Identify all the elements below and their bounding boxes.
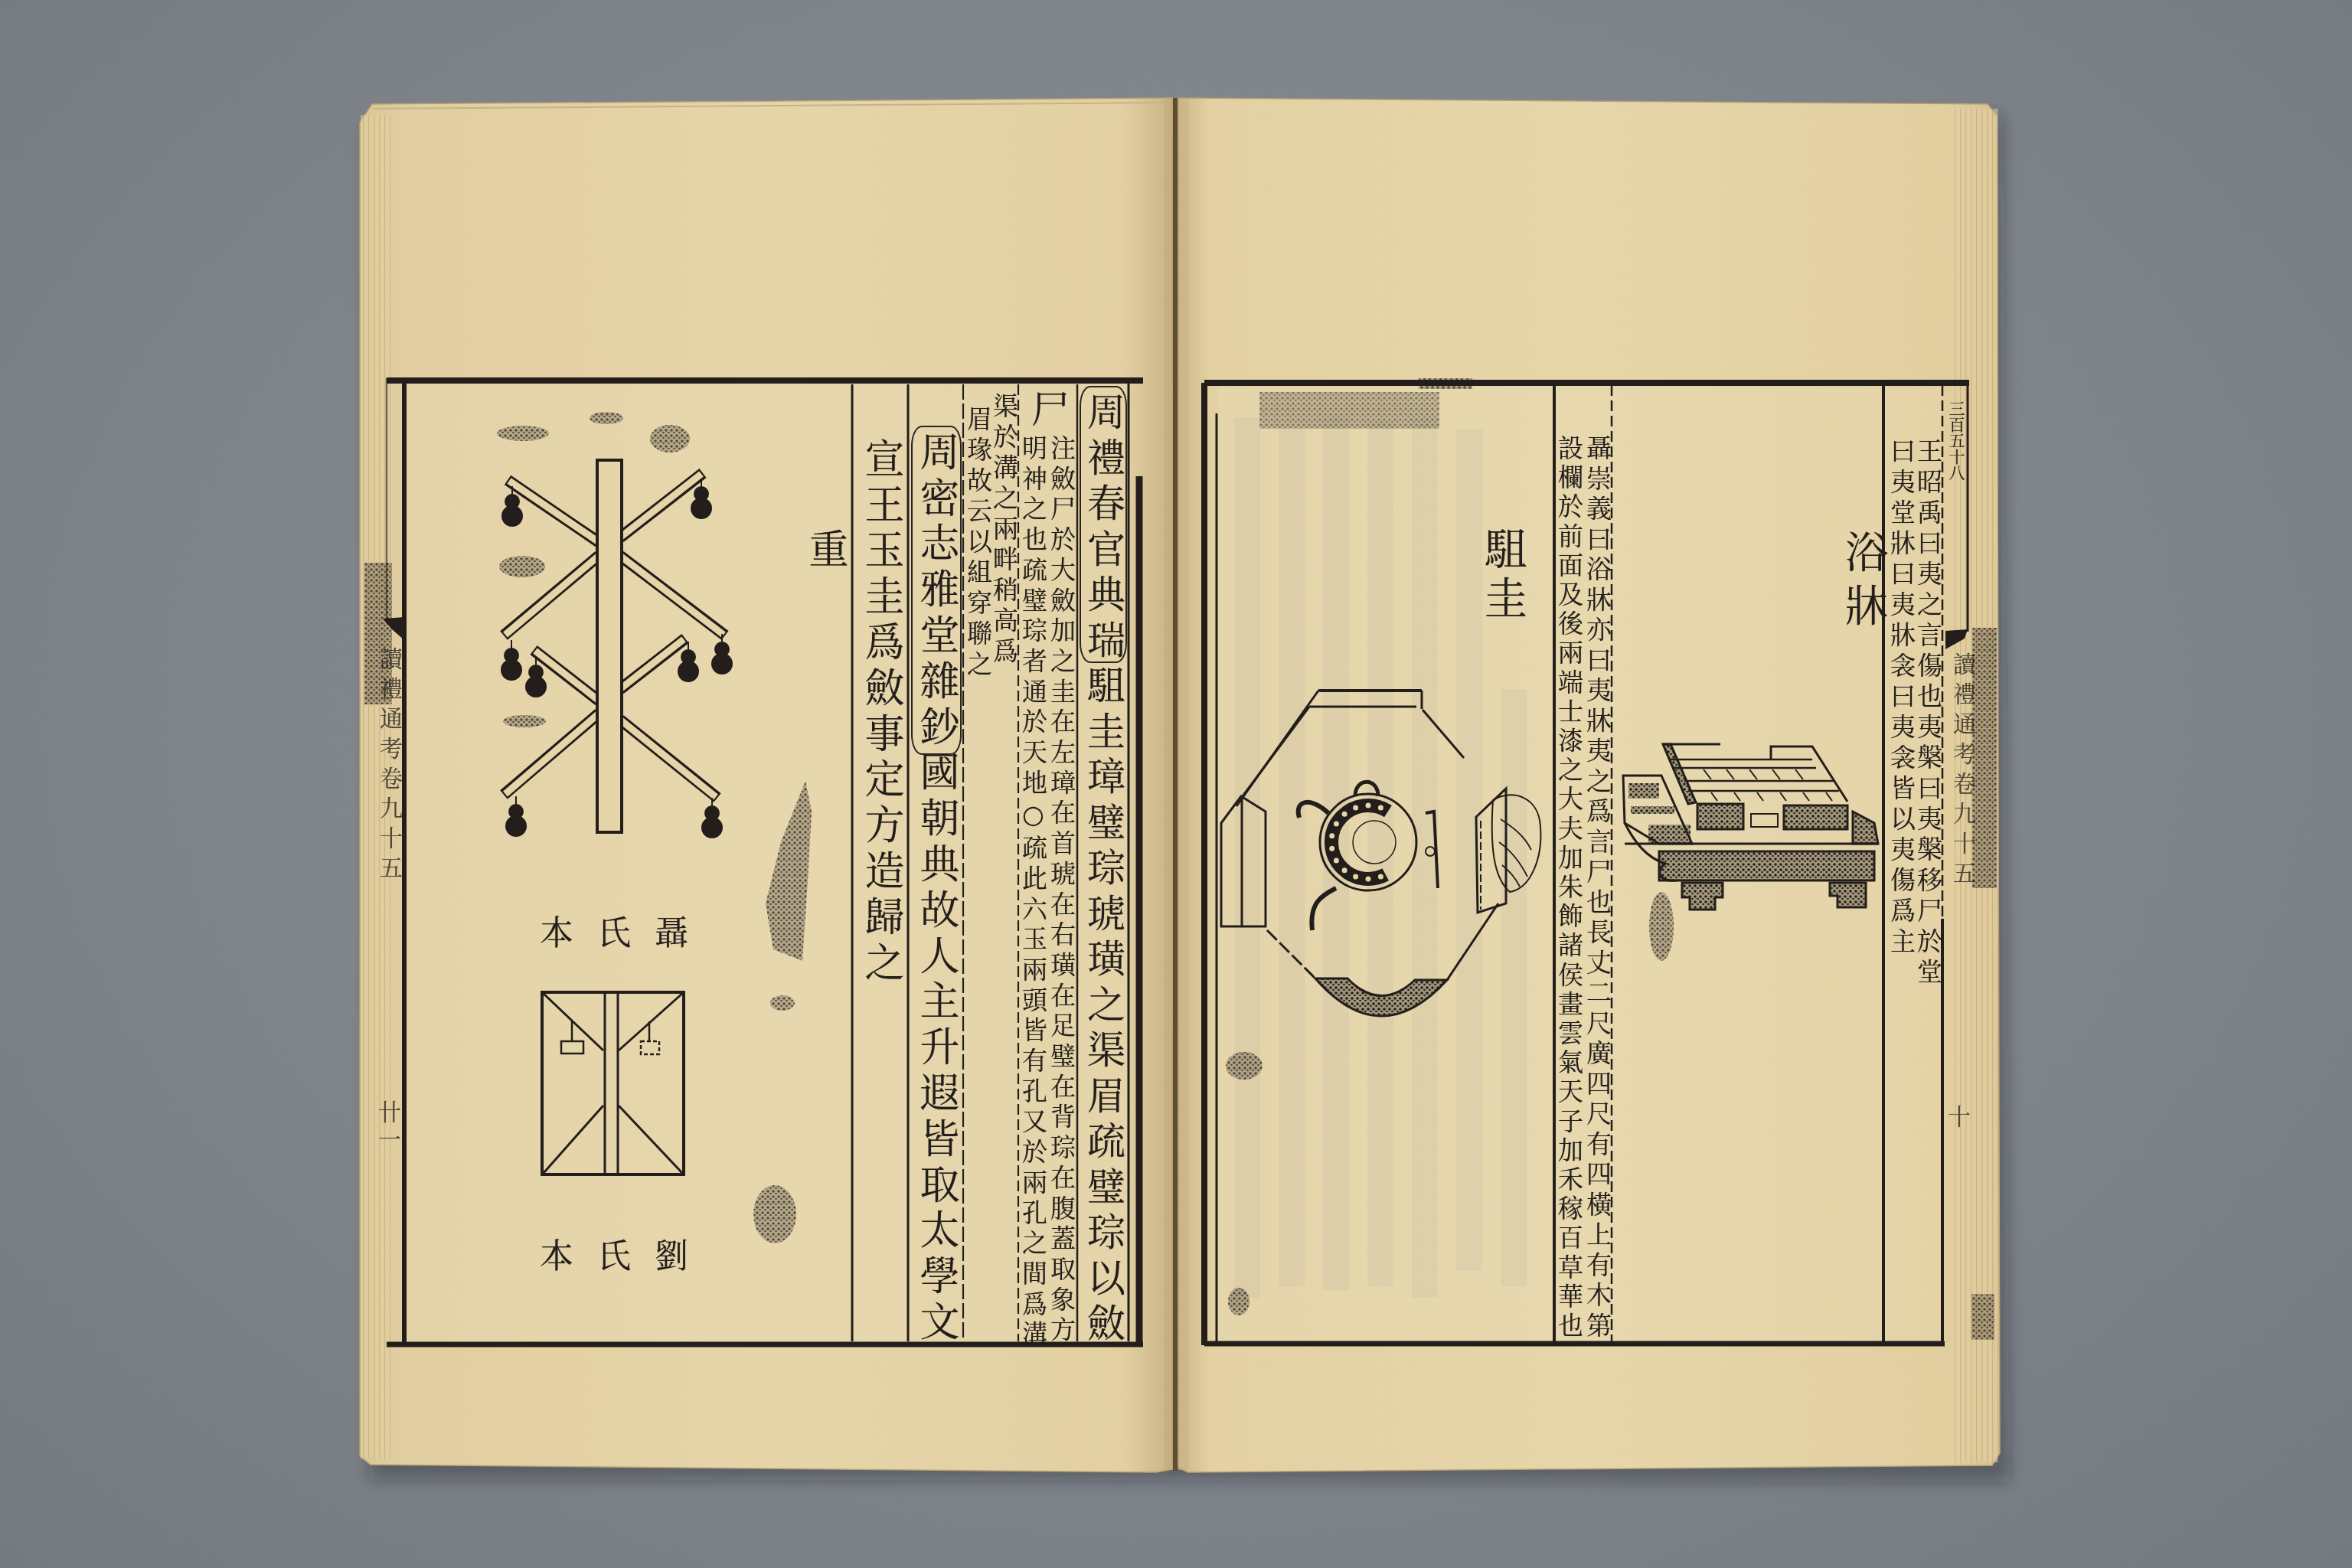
ear-count-text: 三百五十八 xyxy=(1948,400,1964,481)
gutter-shadow-left xyxy=(1164,98,1173,1470)
ink-smudge xyxy=(650,425,690,452)
figure-caption-yu-chuang: 浴牀 xyxy=(1841,530,1884,637)
ink-smudge xyxy=(770,995,795,1011)
figure-label-liu-edition: 劉氏本 xyxy=(540,1240,712,1274)
main-text-column-2-lead: 尸 xyxy=(1028,389,1067,427)
stack-edge-ink xyxy=(1971,1294,1994,1340)
figure-caption-zhong: 重 xyxy=(805,528,844,568)
figure-label-nie-edition: 聶氏本 xyxy=(540,917,712,951)
ink-smudge xyxy=(753,1185,796,1243)
bed-front-panel xyxy=(1784,805,1847,829)
ink-smudge xyxy=(1419,378,1472,389)
book-artwork xyxy=(0,0,2352,1568)
ghost-column xyxy=(1279,429,1305,1286)
ink-smudge xyxy=(499,556,545,577)
ink-smudge xyxy=(1649,892,1674,961)
commentary-nie-left: 設欄於前面及後兩端士漆之大夫加朱飾諸侯畫雲氣天子加禾稼百草華也 xyxy=(1557,435,1582,1341)
commentary-wang-right: 王昭禹曰夷之言傷也夷槃曰夷槃移尸於堂 xyxy=(1916,438,1941,989)
ink-smudge xyxy=(1228,1288,1249,1315)
ghost-column xyxy=(1367,421,1393,1286)
main-text-column-1: 周禮春官典瑞駔圭璋璧琮琥璜之渠眉疏璧琮以斂 xyxy=(1084,392,1122,1349)
book-gutter xyxy=(1164,98,1189,1471)
bed-front-panel xyxy=(1697,804,1743,829)
right-margin-title: 讀禮通考卷九十五 xyxy=(1950,652,1973,891)
ghost-column xyxy=(1412,417,1438,1298)
rack-center-post xyxy=(597,460,622,832)
left-leaf-number: 卄一 xyxy=(375,1100,398,1155)
commentary-column-2-left: 明神之也疏璧琮者通於天地○疏此六玉兩頭皆有孔又於兩孔之間爲溝 xyxy=(1021,435,1046,1351)
commentary-column-2-right: 注斂尸於大斂加之圭在左璋在首琥在右璜在足璧在背琮在腹蓋取象方 xyxy=(1049,435,1074,1347)
ink-smudge xyxy=(590,412,623,424)
bed-end-block xyxy=(1648,825,1690,843)
bed-end-block xyxy=(1631,806,1674,814)
ink-smudge xyxy=(503,715,546,727)
main-text-column-5: 宣王玉圭爲斂事定方造歸之 xyxy=(861,438,900,988)
main-text-column-4: 周密志雅堂雜鈔國朝典故人主升遐皆取太學文 xyxy=(916,431,955,1347)
bed-end-block xyxy=(1628,783,1659,799)
bed-base-band xyxy=(1659,851,1874,880)
stack-edge-ink xyxy=(1972,628,1997,888)
ink-smudge xyxy=(497,426,549,441)
ghost-column xyxy=(1501,689,1527,1286)
ink-smudge xyxy=(1226,1052,1263,1080)
commentary-column-3-left: 眉瑑故云以組穿聯之 xyxy=(965,406,991,681)
right-leaf-marker: 十 xyxy=(1945,1105,1968,1128)
left-margin-title: 讀禮通考卷九十五 xyxy=(377,647,400,886)
photo-scene: 讀禮通考卷九十五 卄一 周禮春官典瑞駔圭璋璧琮琥璜之渠眉疏璧琮以斂 尸 注斂尸於… xyxy=(0,0,2352,1568)
gutter-shadow-right xyxy=(1178,100,1189,1470)
commentary-wang-left: 曰夷堂牀曰夷牀衾曰夷衾皆以夷傷爲主 xyxy=(1889,438,1914,959)
commentary-column-3-right: 渠於溝之兩畔稍高爲 xyxy=(991,393,1017,668)
worn-header-print xyxy=(1259,392,1439,429)
figure-caption-zu-gui: 駔圭 xyxy=(1481,527,1524,625)
ghost-column xyxy=(1234,417,1260,1298)
commentary-nie-right: 聶崇義曰浴牀亦曰夷牀夷之爲言尸也長丈二尺廣四尺有四橫上有木第 xyxy=(1585,435,1610,1342)
